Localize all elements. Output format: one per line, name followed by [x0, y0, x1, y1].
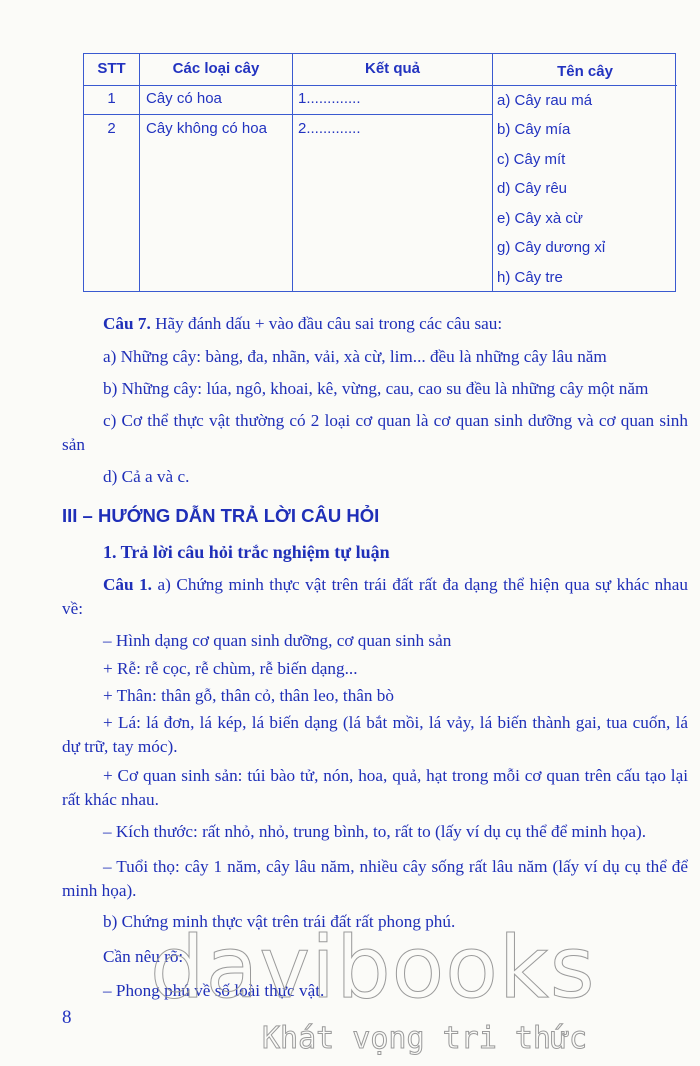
plant-name-item: c) Cây mít [497, 151, 565, 168]
table-divider [492, 85, 677, 86]
answer-line: + Rễ: rễ cọc, rễ chùm, rễ biến dạng... [103, 657, 693, 681]
answer-line: + Lá: lá đơn, lá kép, lá biến dạng (lá b… [62, 711, 688, 759]
question-7-option-b: b) Những cây: lúa, ngô, khoai, kê, vừng,… [103, 377, 693, 401]
question-7-option-d: d) Cả a và c. [103, 465, 693, 489]
question-7-label: Câu 7. [103, 314, 151, 333]
header-result: Kết quả [293, 60, 492, 77]
watermark-brand: davibooks [150, 925, 596, 1011]
section-title: III – HƯỚNG DẪN TRẢ LỜI CÂU HỎI [62, 505, 379, 527]
question-7-option-c: c) Cơ thể thực vật thường có 2 loại cơ q… [62, 409, 688, 457]
row2-stt: 2 [84, 120, 139, 137]
plant-name-item: g) Cây dương xỉ [497, 239, 605, 256]
table-divider [84, 114, 492, 115]
header-stt: STT [84, 60, 139, 77]
header-plant-name: Tên cây [493, 63, 677, 80]
row2-result: 2............. [298, 120, 361, 137]
section-subtitle: 1. Trả lời câu hỏi trắc nghiệm tự luận [103, 540, 693, 564]
header-plant-type: Các loại cây [140, 60, 292, 77]
row2-type: Cây không có hoa [146, 120, 267, 137]
answer-line: + Thân: thân gỗ, thân cỏ, thân leo, thân… [103, 684, 693, 708]
row1-result: 1............. [298, 90, 361, 107]
page-number: 8 [62, 1007, 72, 1029]
answer-line: + Cơ quan sinh sản: túi bào tử, nón, hoa… [62, 764, 688, 812]
table-divider [292, 54, 293, 291]
plant-name-item: a) Cây rau má [497, 92, 592, 109]
watermark-tagline: Khát vọng tri thức [262, 1024, 587, 1054]
question-7-prompt: Câu 7. Hãy đánh dấu + vào đầu câu sai tr… [103, 312, 693, 336]
answer-line: – Kích thước: rất nhỏ, nhỏ, trung bình, … [103, 820, 693, 844]
table-divider [84, 85, 492, 86]
table-divider [492, 54, 493, 291]
plant-name-item: b) Cây mía [497, 121, 570, 138]
row1-stt: 1 [84, 90, 139, 107]
table-divider [139, 54, 140, 291]
plant-classification-table: STT Các loại cây Kết quả Tên cây 1 Cây c… [83, 53, 676, 292]
answer-1-label: Câu 1. [103, 575, 152, 594]
plant-name-item: d) Cây rêu [497, 180, 567, 197]
answer-line: – Hình dạng cơ quan sinh dưỡng, cơ quan … [103, 629, 693, 653]
question-7-option-a: a) Những cây: bàng, đa, nhãn, vải, xà cừ… [103, 345, 693, 369]
plant-name-item: e) Cây xà cừ [497, 210, 583, 227]
answer-line: – Tuổi thọ: cây 1 năm, cây lâu năm, nhiề… [62, 855, 688, 903]
plant-name-item: h) Cây tre [497, 269, 563, 286]
row1-type: Cây có hoa [146, 90, 222, 107]
answer-1-intro: Câu 1. a) Chứng minh thực vật trên trái … [62, 573, 688, 621]
